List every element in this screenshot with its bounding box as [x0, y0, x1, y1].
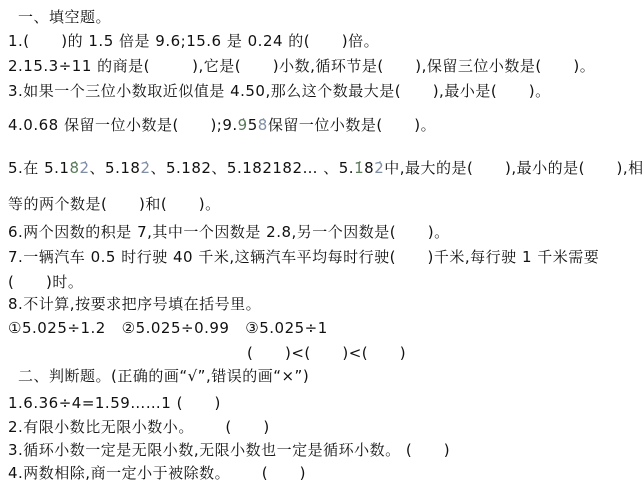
section2-title: 二、判断题。(正确的画“√”,错误的画“×”)	[18, 368, 309, 385]
question-4: 4.0.68 保留一位小数是( );9.9̇58̇保留一位小数是( )。	[8, 117, 436, 134]
q5-num1-repeating-digit-8: 8̇	[69, 159, 79, 177]
judgement-3: 3.循环小数一定是无限小数,无限小数也一定是循环小数。 ( )	[8, 442, 450, 459]
q4-digit-5: 5	[248, 116, 258, 134]
question-7: 7.一辆汽车 0.5 时行驶 40 千米,这辆汽车平均每时行驶( )千米,每行驶…	[8, 249, 599, 266]
q5-text-end: 中,最大的是( ),最小的是( ),相	[384, 159, 642, 177]
section1-title: 一、填空题。	[18, 9, 111, 26]
q4-repeating-digit-8: 8̇	[258, 116, 268, 134]
judgement-1: 1.6.36÷4=1.59……1 ( )	[8, 395, 221, 412]
question-8-expressions: ①5.025÷1.2 ②5.025÷0.99 ③5.025÷1	[8, 320, 328, 337]
judgement-2: 2.有限小数比无限小数小。 ( )	[8, 419, 270, 436]
question-8: 8.不计算,按要求把序号填在括号里。	[8, 296, 261, 313]
question-5-continued: 等的两个数是( )和( )。	[8, 196, 221, 213]
q5-num5-repeating-digit-1: 1̇	[354, 159, 364, 177]
question-3: 3.如果一个三位小数取近似值是 4.50,那么这个数最大是( ),最小是( )。	[8, 83, 551, 100]
judgement-4: 4.两数相除,商一定小于被除数。 ( )	[8, 465, 306, 482]
q5-text: 5.在 5.1	[8, 159, 69, 177]
question-8-comparison-blanks: ( )<( )<( )	[247, 345, 406, 362]
q5-num5-digit-8: 8	[364, 159, 374, 177]
q5-num5-repeating-digit-2: 2̇	[374, 159, 384, 177]
q5-sep2: 、5.182、5.182182… 、5.	[150, 159, 354, 177]
question-5: 5.在 5.18̇2̇、5.182̇、5.182、5.182182… 、5.1̇…	[8, 160, 642, 177]
question-7-continued: ( )时。	[8, 274, 83, 291]
q4-text: 4.0.68 保留一位小数是( );9.	[8, 116, 238, 134]
q4-text-end: 保留一位小数是( )。	[268, 116, 436, 134]
question-2: 2.15.3÷11 的商是( ),它是( )小数,循环节是( ),保留三位小数是…	[8, 58, 595, 75]
q5-num2-repeating-digit-2: 2̇	[140, 159, 150, 177]
q5-sep1: 、5.18	[90, 159, 141, 177]
q5-num1-repeating-digit-2: 2̇	[79, 159, 89, 177]
question-1: 1.( )的 1.5 倍是 9.6;15.6 是 0.24 的( )倍。	[8, 33, 379, 50]
worksheet-page: 一、填空题。 1.( )的 1.5 倍是 9.6;15.6 是 0.24 的( …	[0, 0, 642, 482]
q4-repeating-digit-9: 9̇	[238, 116, 248, 134]
question-6: 6.两个因数的积是 7,其中一个因数是 2.8,另一个因数是( )。	[8, 224, 450, 241]
